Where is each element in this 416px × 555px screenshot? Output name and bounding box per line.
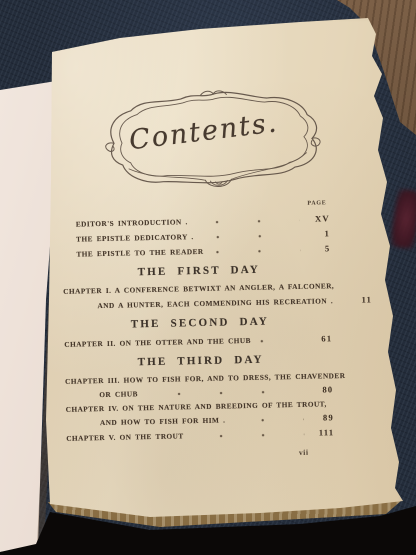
folio-number: vii bbox=[299, 448, 309, 457]
toc-entry-page: 80 bbox=[309, 384, 333, 395]
toc-entry-page: 61 bbox=[308, 333, 332, 344]
toc-entry-page: XV bbox=[306, 213, 330, 224]
toc-row-chapter-3-line-2: OR CHUB 80 bbox=[65, 384, 337, 400]
toc-row-chapter-4-line-1: CHAPTER IV. ON THE NATURE AND BREEDING O… bbox=[66, 399, 338, 414]
page-column-label: PAGE bbox=[307, 200, 326, 206]
toc-entry-label: OR CHUB bbox=[99, 389, 138, 399]
toc-entry-label: CHAPTER II. ON THE OTTER AND THE CHUB bbox=[64, 335, 251, 348]
toc-entry-page: 11 bbox=[348, 294, 372, 305]
toc-entry-label: THE EPISTLE TO THE READER bbox=[76, 247, 203, 259]
dot-leader bbox=[193, 432, 305, 437]
toc-row-chapter-1-line-1: CHAPTER I. A CONFERENCE BETWIXT AN ANGLE… bbox=[63, 281, 335, 296]
toc-entry-label: CHAPTER IV. ON THE NATURE AND BREEDING O… bbox=[66, 399, 327, 413]
toc-entry-page: 1 bbox=[306, 228, 330, 239]
toc-row-epistle-dedicatory: THE EPISTLE DEDICATORY . 1 bbox=[62, 228, 334, 244]
dot-leader bbox=[260, 338, 302, 342]
toc-row-chapter-5: CHAPTER V. ON THE TROUT 111 bbox=[66, 427, 338, 443]
section-heading-second-day: THE SECOND DAY bbox=[64, 314, 336, 332]
toc-entry-label: AND HOW TO FISH FOR HIM . bbox=[100, 415, 226, 427]
toc-row-chapter-4-line-2: AND HOW TO FISH FOR HIM . 89 bbox=[66, 412, 338, 428]
toc-row-epistle-to-reader: THE EPISTLE TO THE READER 5 bbox=[62, 243, 334, 259]
toc-row-chapter-2: CHAPTER II. ON THE OTTER AND THE CHUB 61 bbox=[64, 333, 336, 349]
toc-entry-label: CHAPTER III. HOW TO FISH FOR, AND TO DRE… bbox=[65, 370, 345, 385]
toc-row-chapter-1-line-2: AND A HUNTER, EACH COMMENDING HIS RECREA… bbox=[63, 295, 335, 311]
toc-entry-page: 89 bbox=[310, 412, 334, 423]
toc-entry-label: AND A HUNTER, EACH COMMENDING HIS RECREA… bbox=[97, 296, 333, 310]
section-heading-first-day: THE FIRST DAY bbox=[63, 262, 335, 280]
section-heading-third-day: THE THIRD DAY bbox=[65, 352, 337, 370]
dot-leader bbox=[234, 418, 304, 422]
book-photograph: Contents. PAGE EDITOR'S INTRODUCTION . X… bbox=[0, 0, 416, 555]
toc-row-chapter-3-line-1: CHAPTER III. HOW TO FISH FOR, AND TO DRE… bbox=[65, 371, 337, 386]
toc-row-editors-introduction: EDITOR'S INTRODUCTION . XV bbox=[62, 213, 334, 229]
toc-entry-page: 5 bbox=[306, 243, 330, 254]
toc-entry-label: CHAPTER V. ON THE TROUT bbox=[66, 431, 184, 442]
contents-cartouche: Contents. bbox=[96, 84, 326, 198]
table-of-contents: PAGE EDITOR'S INTRODUCTION . XV THE EPIS… bbox=[61, 191, 339, 465]
toc-entry-label: EDITOR'S INTRODUCTION . bbox=[76, 217, 188, 228]
dot-leader bbox=[147, 390, 304, 396]
dot-leader bbox=[203, 234, 301, 239]
dot-leader bbox=[197, 219, 300, 224]
dot-leader bbox=[213, 249, 301, 254]
toc-entry-label: THE EPISTLE DEDICATORY . bbox=[76, 232, 194, 243]
toc-entry-label: CHAPTER I. A CONFERENCE BETWIXT AN ANGLE… bbox=[63, 281, 334, 296]
toc-entry-page: 111 bbox=[310, 427, 334, 438]
